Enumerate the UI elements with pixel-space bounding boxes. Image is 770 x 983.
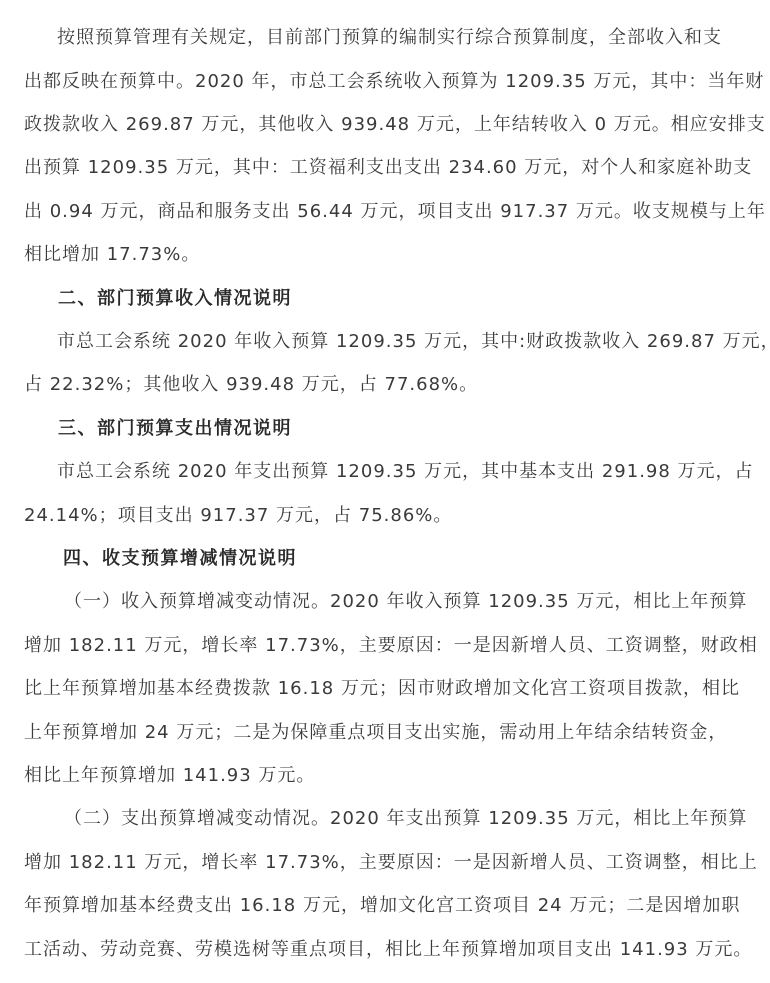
expenditure-change-paragraph: （二）支出预算增减变动情况。2020 年支出预算 1209.35 万元，相比上年… <box>0 797 770 971</box>
paragraph-line: 工活动、劳动竞赛、劳模选树等重点项目，相比上年预算增加项目支出 141.93 万… <box>0 928 770 971</box>
paragraph-line: 占 22.32%；其他收入 939.48 万元，占 77.68%。 <box>0 363 770 406</box>
paragraph-line: 上年预算增加 24 万元；二是为保障重点项目支出实施，需动用上年结余结转资金， <box>0 711 770 754</box>
budget-overview-paragraph: 按照预算管理有关规定，目前部门预算的编制实行综合预算制度，全部收入和支 出都反映… <box>0 16 770 276</box>
paragraph-line: 相比增加 17.73%。 <box>0 233 770 276</box>
paragraph-line: 市总工会系统 2020 年收入预算 1209.35 万元，其中:财政拨款收入 2… <box>0 320 770 363</box>
paragraph-line: 相比上年预算增加 141.93 万元。 <box>0 754 770 797</box>
paragraph-line: 年预算增加基本经费支出 16.18 万元，增加文化宫工资项目 24 万元；二是因… <box>0 884 770 927</box>
income-change-paragraph: （一）收入预算增减变动情况。2020 年收入预算 1209.35 万元，相比上年… <box>0 580 770 797</box>
section-heading-expenditure: 三、部门预算支出情况说明 <box>0 407 770 450</box>
section-heading-income: 二、部门预算收入情况说明 <box>0 277 770 320</box>
income-section: 二、部门预算收入情况说明 市总工会系统 2020 年收入预算 1209.35 万… <box>0 277 770 407</box>
paragraph-line: 出 0.94 万元，商品和服务支出 56.44 万元，项目支出 917.37 万… <box>0 190 770 233</box>
paragraph-line: 市总工会系统 2020 年支出预算 1209.35 万元，其中基本支出 291.… <box>0 450 770 493</box>
paragraph-line: （一）收入预算增减变动情况。2020 年收入预算 1209.35 万元，相比上年… <box>0 580 770 623</box>
paragraph-line: 增加 182.11 万元，增长率 17.73%，主要原因：一是因新增人员、工资调… <box>0 841 770 884</box>
paragraph-line: 出预算 1209.35 万元，其中：工资福利支出支出 234.60 万元，对个人… <box>0 146 770 189</box>
budget-change-section: 四、收支预算增减情况说明 （一）收入预算增减变动情况。2020 年收入预算 12… <box>0 537 770 971</box>
expenditure-section: 三、部门预算支出情况说明 市总工会系统 2020 年支出预算 1209.35 万… <box>0 407 770 537</box>
paragraph-line: 政拨款收入 269.87 万元，其他收入 939.48 万元，上年结转收入 0 … <box>0 103 770 146</box>
paragraph-line: 按照预算管理有关规定，目前部门预算的编制实行综合预算制度，全部收入和支 <box>0 16 770 59</box>
paragraph-line: （二）支出预算增减变动情况。2020 年支出预算 1209.35 万元，相比上年… <box>0 797 770 840</box>
document-page: 按照预算管理有关规定，目前部门预算的编制实行综合预算制度，全部收入和支 出都反映… <box>0 0 770 983</box>
paragraph-line: 出都反映在预算中。2020 年，市总工会系统收入预算为 1209.35 万元，其… <box>0 60 770 103</box>
paragraph-line: 比上年预算增加基本经费拨款 16.18 万元；因市财政增加文化宫工资项目拨款，相… <box>0 667 770 710</box>
paragraph-line: 24.14%；项目支出 917.37 万元，占 75.86%。 <box>0 494 770 537</box>
section-heading-budget-change: 四、收支预算增减情况说明 <box>0 537 770 580</box>
paragraph-line: 增加 182.11 万元，增长率 17.73%，主要原因：一是因新增人员、工资调… <box>0 624 770 667</box>
